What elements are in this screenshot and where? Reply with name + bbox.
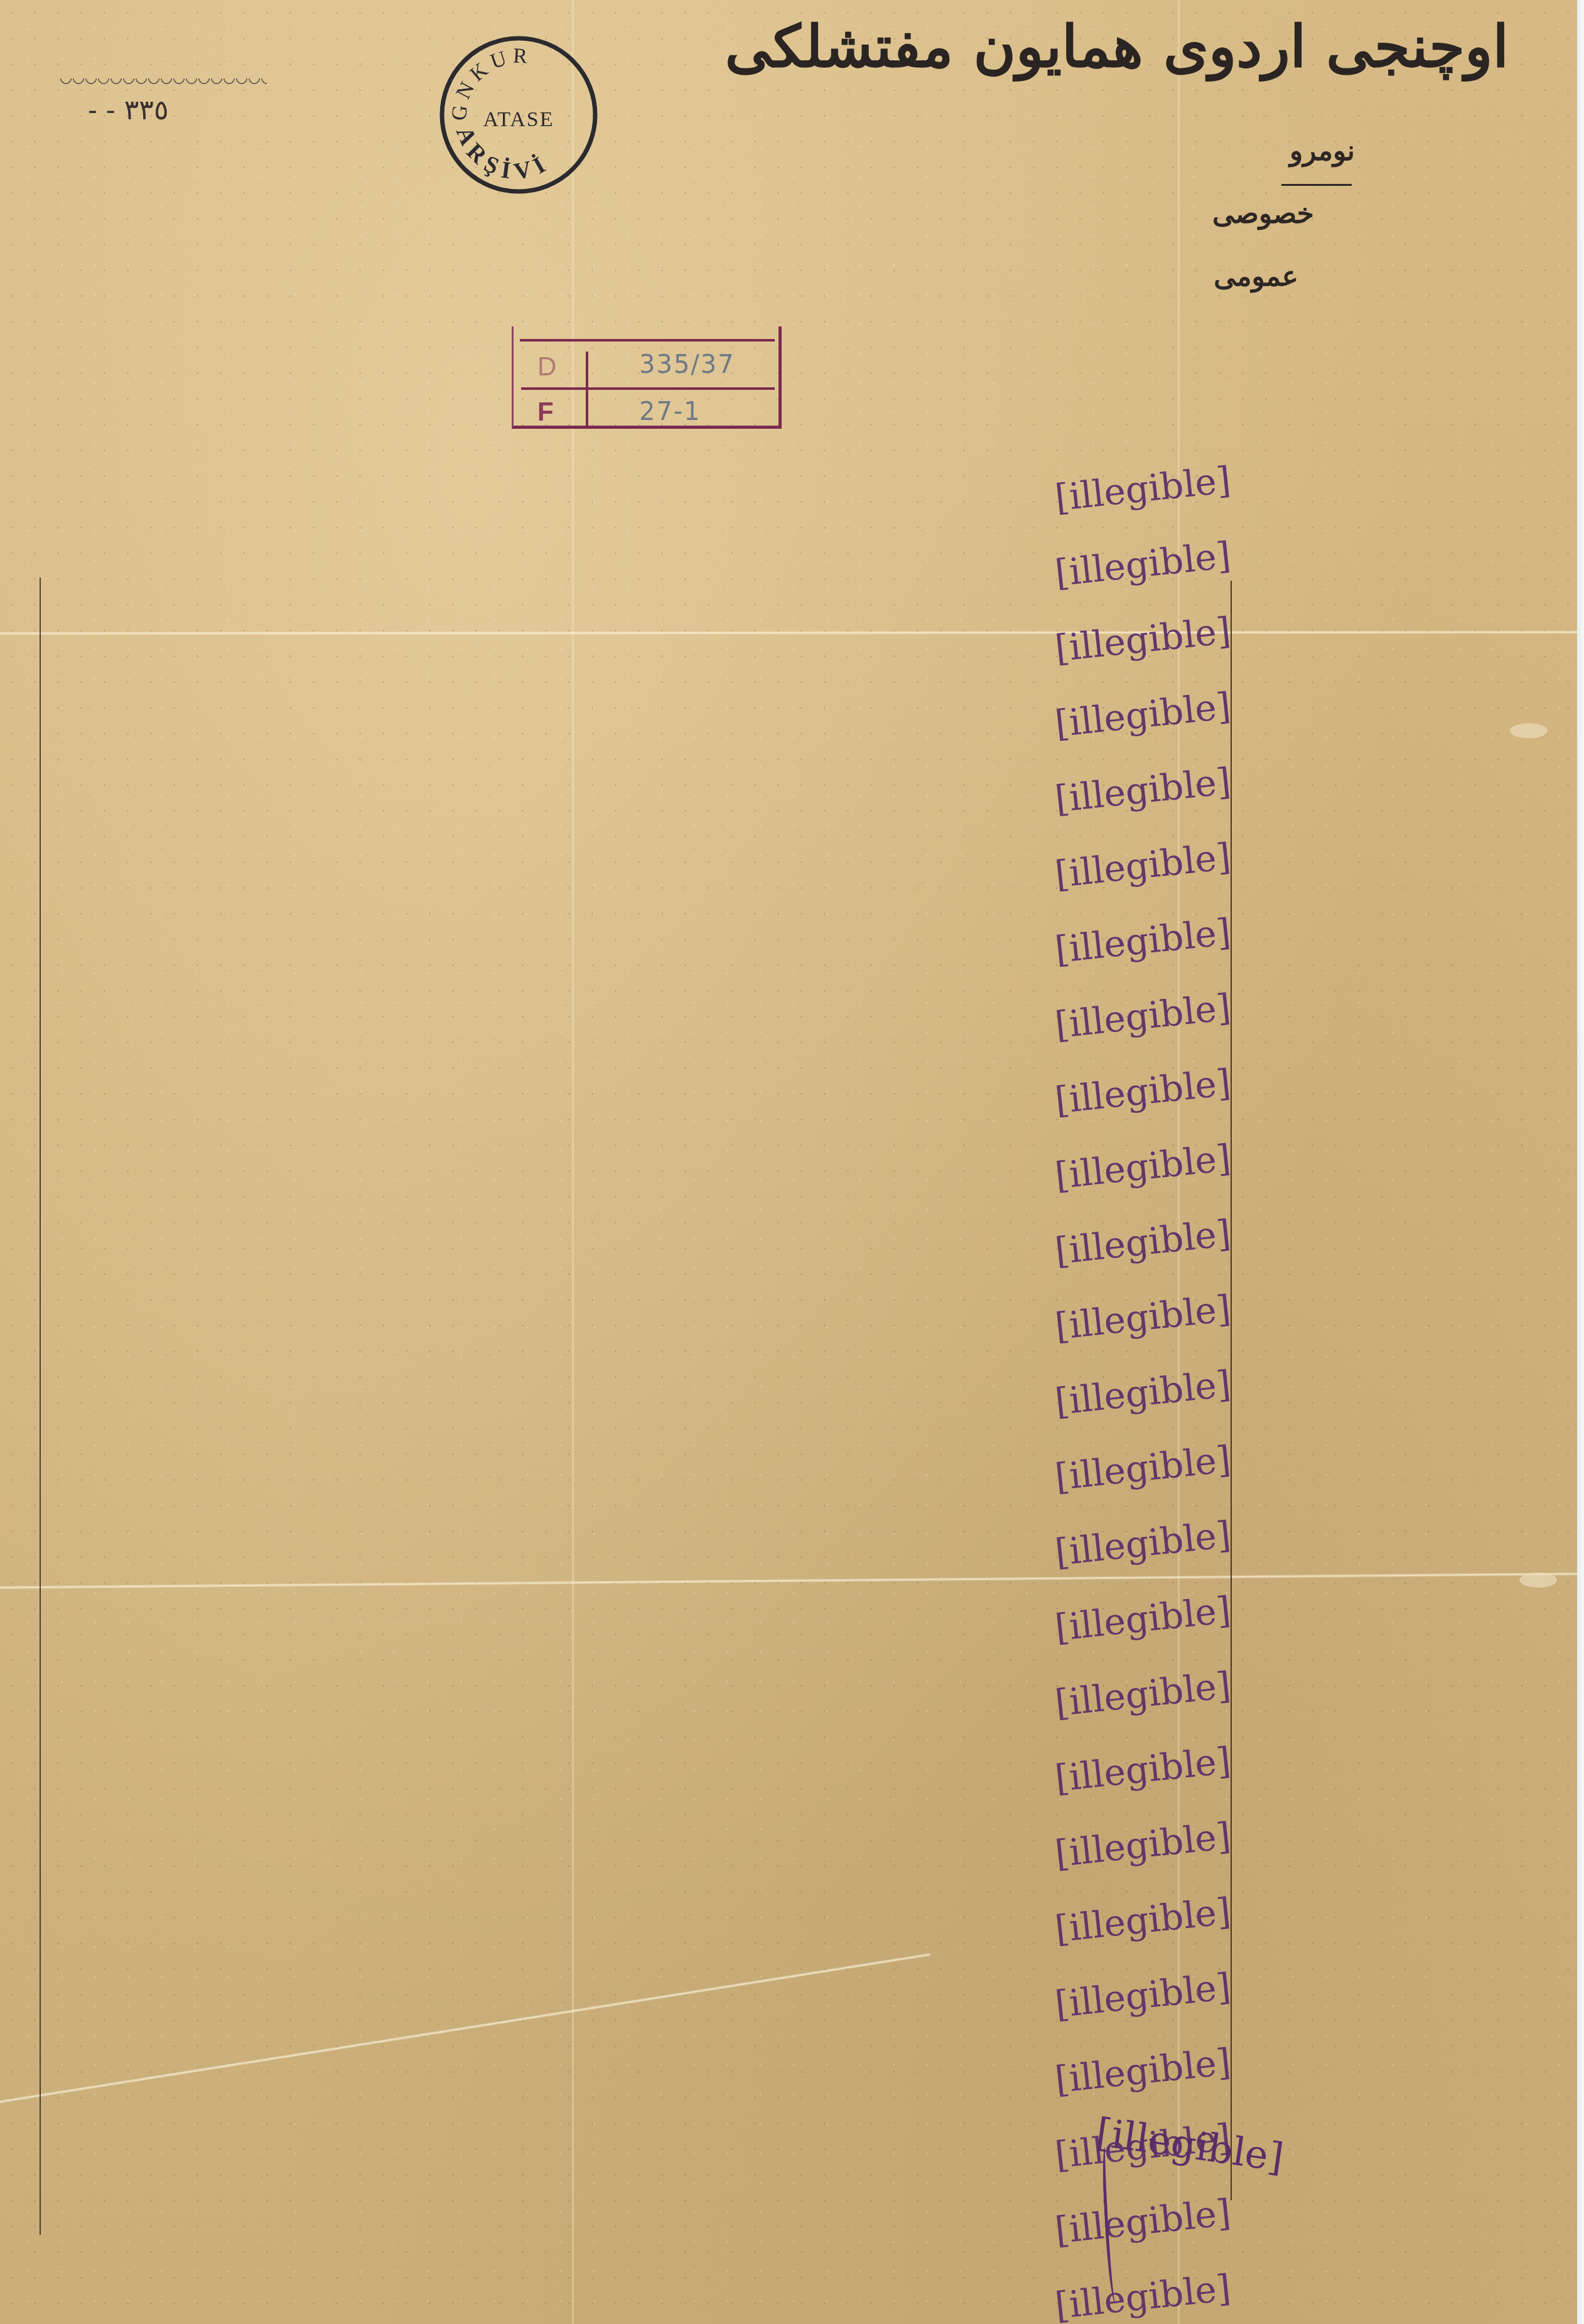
svg-text:ARŞİVİ: ARŞİVİ	[451, 123, 555, 185]
husus-label: خصوصی	[1212, 198, 1314, 230]
numero-underline	[1281, 184, 1352, 186]
catalog-value-d: 335/37	[639, 350, 735, 379]
catalog-label-d: D	[537, 352, 556, 382]
scan-edge	[1577, 0, 1584, 2324]
archive-stamp: GNKUR ATASE ARŞİVİ	[432, 27, 601, 196]
catalog-divider	[586, 352, 588, 426]
numero-label: نومرو	[1290, 135, 1355, 167]
reference-wave-line	[60, 78, 267, 86]
catalog-value-f: 27-1	[639, 397, 701, 426]
punch-hole	[1519, 1573, 1557, 1588]
catalog-box: D 335/37 F 27-1	[512, 326, 782, 429]
punch-hole	[1510, 723, 1548, 738]
catalog-label-f: F	[537, 397, 554, 427]
left-margin-line	[40, 578, 41, 2235]
stamp-bottom-text: ARŞİVİ	[451, 123, 555, 185]
umumi-label: عمومی	[1214, 261, 1298, 293]
stamp-circle-icon: GNKUR ATASE ARŞİVİ	[432, 27, 601, 196]
reference-number: ٣٣٥ - -	[88, 94, 169, 126]
stamp-center-text: ATASE	[483, 108, 554, 131]
letterhead-title: اوچنجی اردوی همایون مفتشلکی	[725, 13, 1509, 80]
catalog-mid-rule	[521, 387, 775, 390]
catalog-top-rule	[520, 339, 775, 342]
